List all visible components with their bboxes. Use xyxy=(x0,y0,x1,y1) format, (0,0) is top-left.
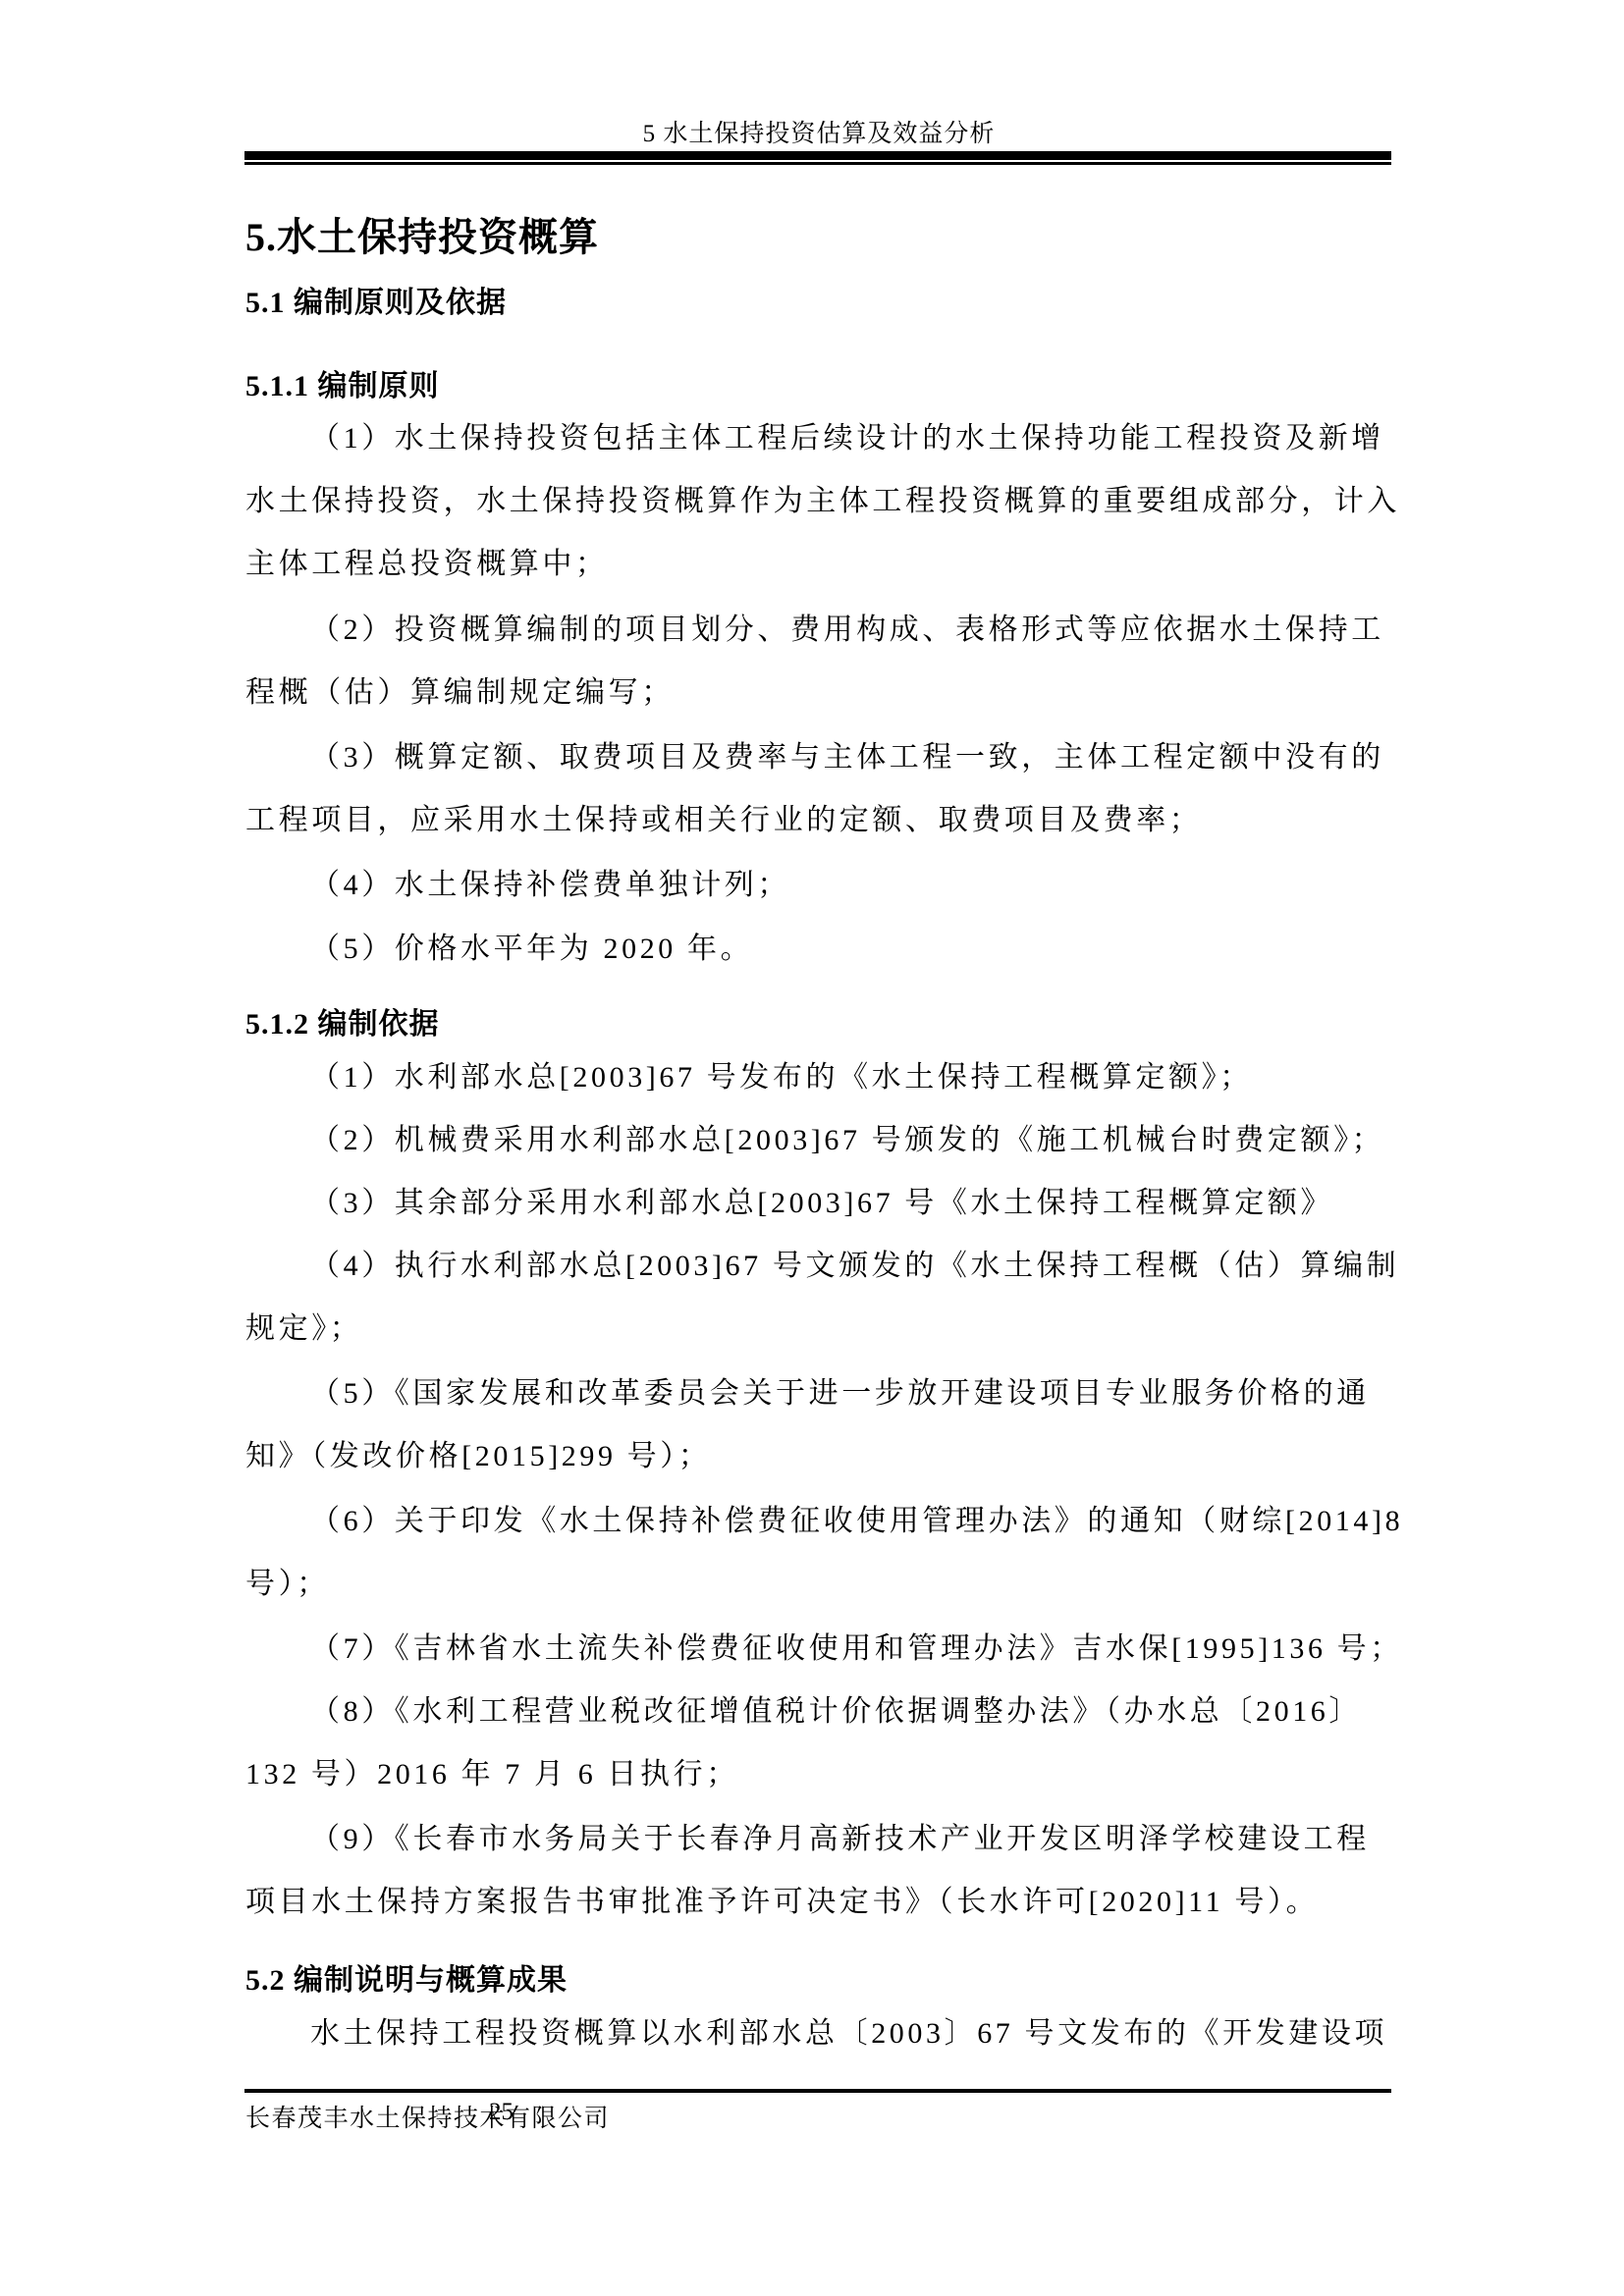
subsection-5-1-2-title: 5.1.2 编制依据 xyxy=(245,999,440,1042)
footer-rule xyxy=(244,2089,1391,2093)
principle-item-2: （2）投资概算编制的项目划分、费用构成、表格形式等应依据水土保持工 程概（估）算… xyxy=(245,599,1392,724)
basis-item-2: （2）机械费采用水利部水总[2003]67 号颁发的《施工机械台时费定额》； xyxy=(245,1109,1392,1172)
chapter-title: 5.水土保持投资概算 xyxy=(245,206,599,262)
basis-item-7: （7）《吉林省水土流失补偿费征收使用和管理办法》吉水保[1995]136 号； xyxy=(245,1618,1392,1681)
header-rule-thin xyxy=(244,162,1391,165)
principle-item-3: （3）概算定额、取费项目及费率与主体工程一致，主体工程定额中没有的 工程项目，应… xyxy=(245,726,1392,852)
basis-item-5: （5）《国家发展和改革委员会关于进一步放开建设项目专业服务价格的通 知》（发改价… xyxy=(245,1362,1392,1488)
principle-item-5: （5）价格水平年为 2020 年。 xyxy=(245,918,1392,981)
page-number: 25 xyxy=(489,2099,514,2126)
principle-item-4: （4）水土保持补偿费单独计列； xyxy=(245,854,1392,917)
subsection-5-1-1-title: 5.1.1 编制原则 xyxy=(245,361,440,404)
section-5-1-title: 5.1 编制原则及依据 xyxy=(245,278,507,321)
basis-item-4: （4）执行水利部水总[2003]67 号文颁发的《水土保持工程概（估）算编制 规… xyxy=(245,1235,1392,1361)
footer-company-name: 长春茂丰水土保持技术有限公司 xyxy=(245,2099,610,2134)
basis-item-8: （8）《水利工程营业税改征增值税计价依据调整办法》（办水总〔2016〕 132 … xyxy=(245,1681,1392,1806)
principle-item-1: （1）水土保持投资包括主体工程后续设计的水土保持功能工程投资及新增 水土保持投资… xyxy=(245,407,1392,596)
basis-item-9: （9）《长春市水务局关于长春净月高新技术产业开发区明泽学校建设工程 项目水土保持… xyxy=(245,1808,1392,1934)
basis-item-6: （6）关于印发《水土保持补偿费征收使用管理办法》的通知（财综[2014]8 号）… xyxy=(245,1490,1392,1616)
basis-item-3: （3）其余部分采用水利部水总[2003]67 号《水土保持工程概算定额》 xyxy=(245,1172,1392,1235)
section-5-2-paragraph: 水土保持工程投资概算以水利部水总〔2003〕67 号文发布的《开发建设项 xyxy=(245,2002,1392,2065)
basis-item-1: （1）水利部水总[2003]67 号发布的《水土保持工程概算定额》； xyxy=(245,1046,1392,1109)
section-5-2-title: 5.2 编制说明与概算成果 xyxy=(245,1955,568,1999)
running-title: 5 水土保持投资估算及效益分析 xyxy=(245,114,1392,149)
header-rule-thick xyxy=(244,151,1391,160)
